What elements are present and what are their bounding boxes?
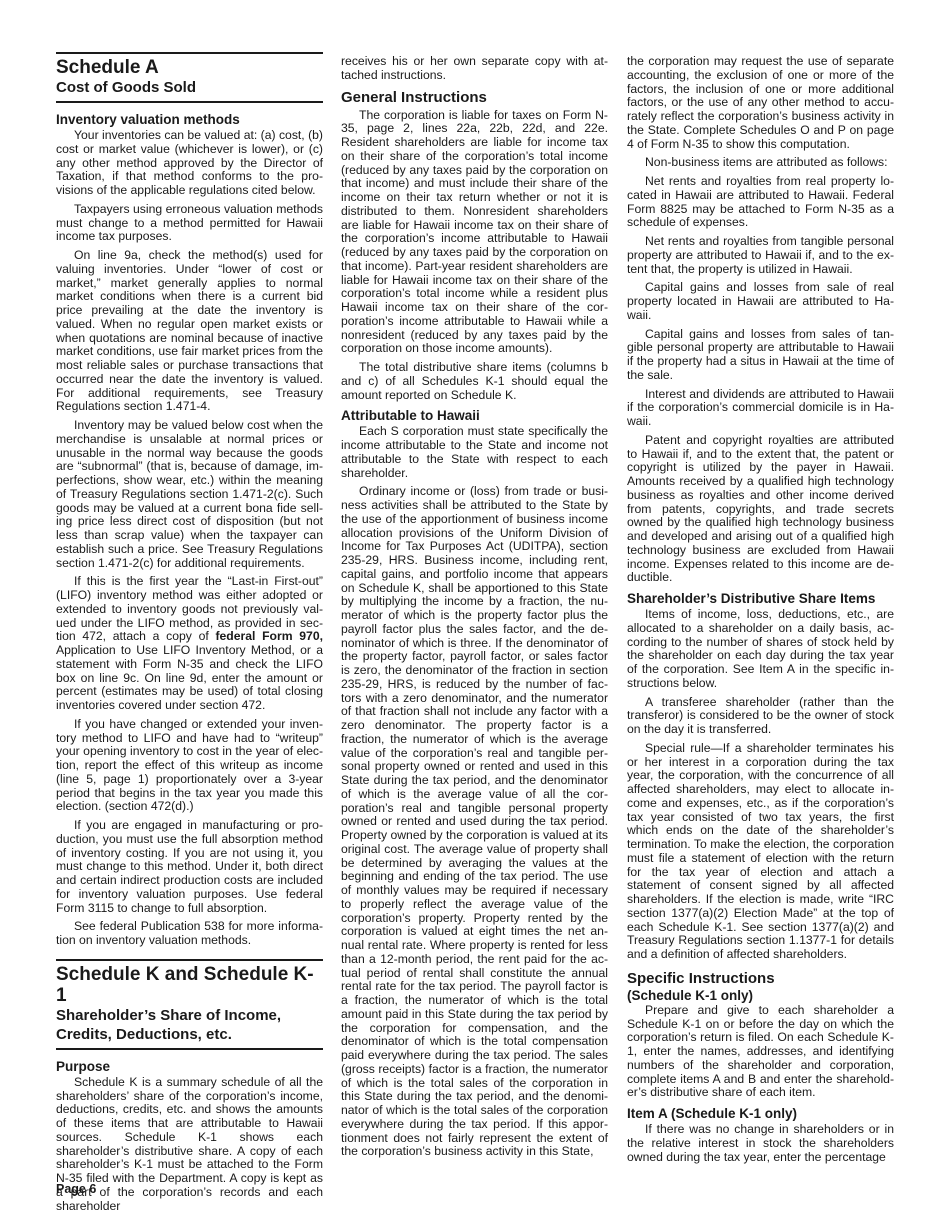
rule-line — [56, 1048, 323, 1050]
paragraph: Your inventories can be valued at: (a) c… — [56, 129, 323, 198]
paragraph: Interest and dividends are attributed to… — [627, 388, 894, 429]
distributive-share-heading: Shareholder’s Distributive Share Items — [627, 591, 894, 607]
column-3: the corporation may request the use of s… — [627, 55, 894, 1169]
paragraph: Patent and copyright royalties are attri… — [627, 434, 894, 585]
rule-line — [56, 52, 323, 54]
paragraph: If you have changed or extended your inv… — [56, 718, 323, 814]
schedule-k-subtitle-line2: Credits, Deductions, etc. — [56, 1025, 323, 1044]
paragraph: Capital gains and losses from sales of t… — [627, 328, 894, 383]
paragraph: Ordinary income or (loss) from trade or … — [341, 485, 608, 1159]
paragraph: Inventory may be valued below cost when … — [56, 419, 323, 570]
item-a-heading: Item A (Schedule K-1 only) — [627, 1106, 894, 1122]
schedule-k-subtitle-line1: Shareholder’s Share of Income, — [56, 1006, 323, 1025]
specific-instructions-heading: Specific Instructions — [627, 970, 894, 988]
schedule-a-title: Schedule A — [56, 57, 323, 78]
purpose-heading: Purpose — [56, 1059, 323, 1075]
paragraph: The total distributive share items (colu… — [341, 361, 608, 402]
schedule-k-title: Schedule K and Schedule K-1 — [56, 964, 323, 1006]
paragraph: Non-business items are attributed as fol… — [627, 156, 894, 170]
paragraph: receives his or her own separate copy wi… — [341, 55, 608, 83]
column-2: receives his or her own separate copy wi… — [341, 55, 608, 1164]
paragraph: If you are engaged in manufacturing or p… — [56, 819, 323, 915]
paragraph: If there was no change in shareholders o… — [627, 1123, 894, 1164]
paragraph: Special rule—If a shareholder terminates… — [627, 742, 894, 962]
paragraph: See federal Publication 538 for more inf… — [56, 920, 323, 948]
paragraph: Items of income, loss, deductions, etc.,… — [627, 608, 894, 691]
paragraph: On line 9a, check the method(s) used for… — [56, 249, 323, 414]
lifo-paragraph: If this is the first year the “Last-in F… — [56, 575, 323, 713]
paragraph: A transferee shareholder (rather than th… — [627, 696, 894, 737]
inventory-valuation-heading: Inventory valuation methods — [56, 112, 323, 128]
paragraph: The corporation is liable for taxes on F… — [341, 109, 608, 357]
column-1: Schedule A Cost of Goods Sold Inventory … — [56, 52, 323, 1218]
paragraph: Prepare and give to each shareholder a S… — [627, 1004, 894, 1100]
rule-line — [56, 101, 323, 103]
page-number: Page 6 — [56, 1182, 96, 1196]
paragraph: Net rents and royalties from real proper… — [627, 175, 894, 230]
attributable-to-hawaii-heading: Attributable to Hawaii — [341, 408, 608, 424]
federal-form-970-reference: federal Form 970, — [215, 629, 323, 643]
general-instructions-heading: General Instructions — [341, 89, 608, 107]
paragraph: Capital gains and losses from sale of re… — [627, 281, 894, 322]
rule-line — [56, 959, 323, 961]
specific-instructions-subheading: (Schedule K-1 only) — [627, 988, 894, 1003]
paragraph: the corporation may request the use of s… — [627, 55, 894, 151]
text: Application to Use LIFO Inventory Method… — [56, 643, 323, 712]
schedule-a-subtitle: Cost of Goods Sold — [56, 78, 323, 97]
paragraph: Taxpayers using erroneous valuation meth… — [56, 203, 323, 244]
paragraph: Net rents and royalties from tangible pe… — [627, 235, 894, 276]
paragraph: Each S corporation must state specifical… — [341, 425, 608, 480]
